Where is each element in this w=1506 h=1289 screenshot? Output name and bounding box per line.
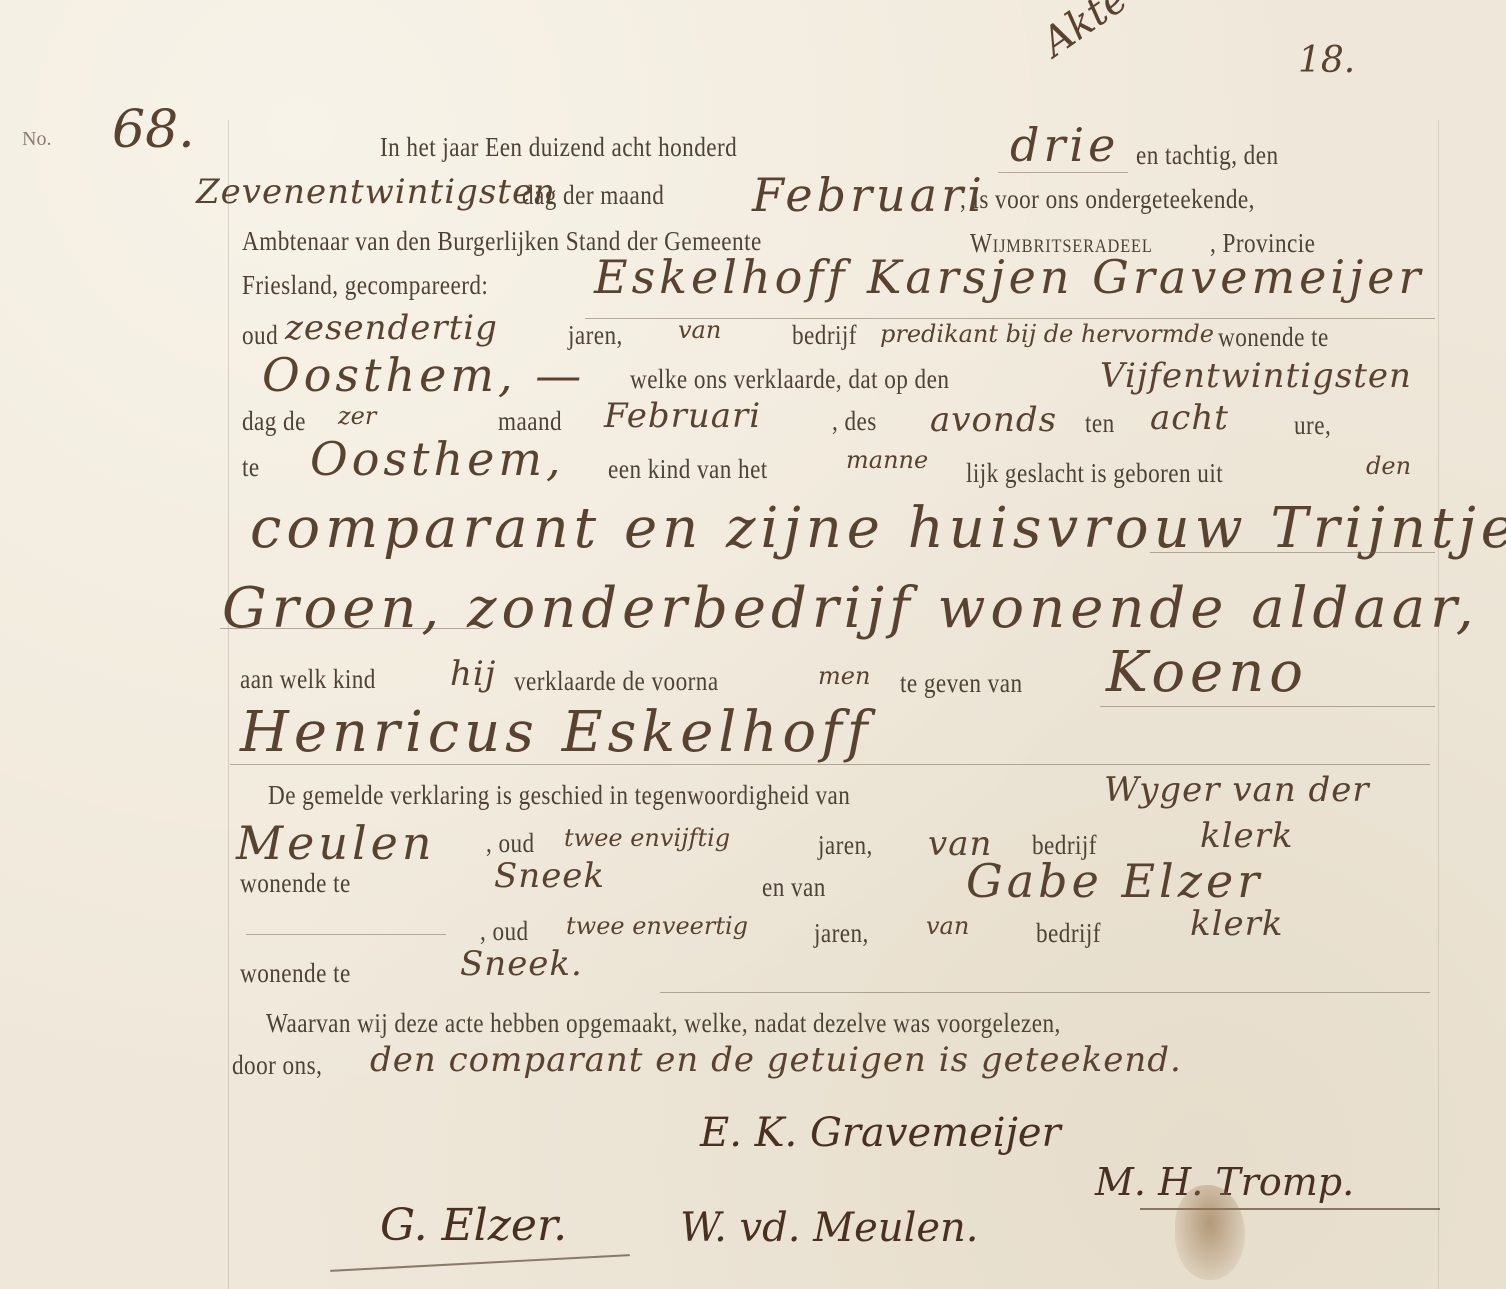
handwritten-witness-1-surname: Meulen xyxy=(236,816,436,870)
printed-text: wonende te xyxy=(1218,322,1329,353)
handwritten-witness-2-residence: Sneek. xyxy=(460,944,583,984)
printed-text: te xyxy=(242,452,260,483)
printed-text: De gemelde verklaring is geschied in teg… xyxy=(268,780,850,811)
printed-text: bedrijf xyxy=(1036,918,1101,949)
handwritten-declarant-name: Eskelhoff Karsjen Gravemeijer xyxy=(594,250,1425,304)
handwritten-text: van xyxy=(926,912,969,940)
printed-text: verklaarde de voorna xyxy=(514,666,719,697)
handwritten-age: zesendertig xyxy=(285,308,498,348)
handwritten-witness-2-age: twee enveertig xyxy=(566,912,748,940)
handwritten-mother-details: Groen, zonderbedrijf wonende aldaar, xyxy=(222,576,1479,641)
printed-text: Waarvan wij deze acte hebben opgemaakt, … xyxy=(266,1008,1061,1039)
record-number: 68. xyxy=(112,100,195,160)
printed-text: een kind van het xyxy=(608,454,768,485)
handwritten-witness-2-occupation: klerk xyxy=(1190,904,1283,944)
handwritten-birth-place: Oosthem, xyxy=(310,432,565,486)
handwritten-child-given-name: Koeno xyxy=(1106,640,1308,705)
printed-text: en van xyxy=(762,872,826,903)
printed-text: Friesland, gecompareerd: xyxy=(242,270,488,301)
printed-text: , is voor ons ondergeteekende, xyxy=(960,184,1255,215)
corner-annotation: Akte xyxy=(1034,0,1136,66)
ink-stain xyxy=(1175,1185,1245,1280)
right-rule xyxy=(1438,120,1439,1289)
handwritten-witness-1-name: Wyger van der xyxy=(1104,770,1370,810)
printed-text: oud xyxy=(242,320,278,351)
handwritten-witness-2-name: Gabe Elzer xyxy=(966,854,1263,908)
printed-text: ten xyxy=(1085,408,1115,439)
handwritten-hour: acht xyxy=(1150,398,1229,438)
printed-text: , des xyxy=(832,406,877,437)
printed-text: lijk geslacht is geboren uit xyxy=(966,458,1223,489)
handwritten-text: den xyxy=(1366,452,1411,480)
printed-text: ure, xyxy=(1294,410,1331,441)
printed-text: aan welk kind xyxy=(240,664,376,695)
signature-witness-1: W. vd. Meulen. xyxy=(680,1205,979,1251)
handwritten-witness-1-age: twee envijftig xyxy=(564,824,730,852)
printed-text: bedrijf xyxy=(792,320,857,351)
printed-text: dag der maand xyxy=(522,180,664,211)
printed-text: wonende te xyxy=(240,868,351,899)
corner-number: 18. xyxy=(1298,40,1355,81)
printed-text: jaren, xyxy=(568,320,623,351)
text-line: In het jaar Een duizend acht honderd xyxy=(380,132,795,163)
handwritten-time-of-day: avonds xyxy=(930,400,1057,440)
handwritten-witness-1-residence: Sneek xyxy=(494,856,605,896)
signature-declarant: E. K. Gravemeijer xyxy=(700,1110,1061,1156)
printed-text: jaren, xyxy=(814,918,869,949)
handwritten-sex: manne xyxy=(846,446,928,474)
handwritten-child-full-name: Henricus Eskelhoff xyxy=(240,700,873,765)
handwritten-closing: den comparant en de getuigen is geteeken… xyxy=(370,1040,1182,1080)
handwritten-occupation: predikant bij de hervormde xyxy=(880,320,1214,348)
handwritten-text: van xyxy=(678,316,721,344)
printed-text: , oud xyxy=(480,916,529,947)
printed-text: welke ons verklaarde, dat op den xyxy=(630,364,949,395)
handwritten-birth-day: Vijfentwintigsten xyxy=(1100,356,1412,396)
printed-text: wonende te xyxy=(240,958,351,989)
printed-text: In het jaar Een duizend acht honderd xyxy=(380,132,737,163)
handwritten-text: hij xyxy=(450,654,496,694)
handwritten-text: men xyxy=(818,662,870,690)
document-page: Akte 18. No. 68. In het jaar Een duizend… xyxy=(0,0,1506,1289)
handwritten-residence: Oosthem, — xyxy=(262,348,585,402)
printed-text: dag de xyxy=(242,406,306,437)
printed-text: jaren, xyxy=(818,830,873,861)
printed-text: , oud xyxy=(486,828,535,859)
handwritten-month: Februari xyxy=(752,168,986,222)
handwritten-day: Zevenentwintigsten xyxy=(196,172,556,212)
handwritten-text: zer xyxy=(338,402,376,430)
printed-text: en tachtig, den xyxy=(1136,140,1279,171)
margin-rule xyxy=(228,120,229,1289)
handwritten-birth-month: Februari xyxy=(604,396,761,436)
record-number-label: No. xyxy=(22,128,51,151)
printed-text: te geven van xyxy=(900,668,1022,699)
handwritten-year: drie xyxy=(1010,118,1119,172)
printed-text: door ons, xyxy=(232,1050,322,1081)
handwritten-witness-1-occupation: klerk xyxy=(1200,816,1293,856)
signature-witness-2: G. Elzer. xyxy=(380,1200,567,1251)
